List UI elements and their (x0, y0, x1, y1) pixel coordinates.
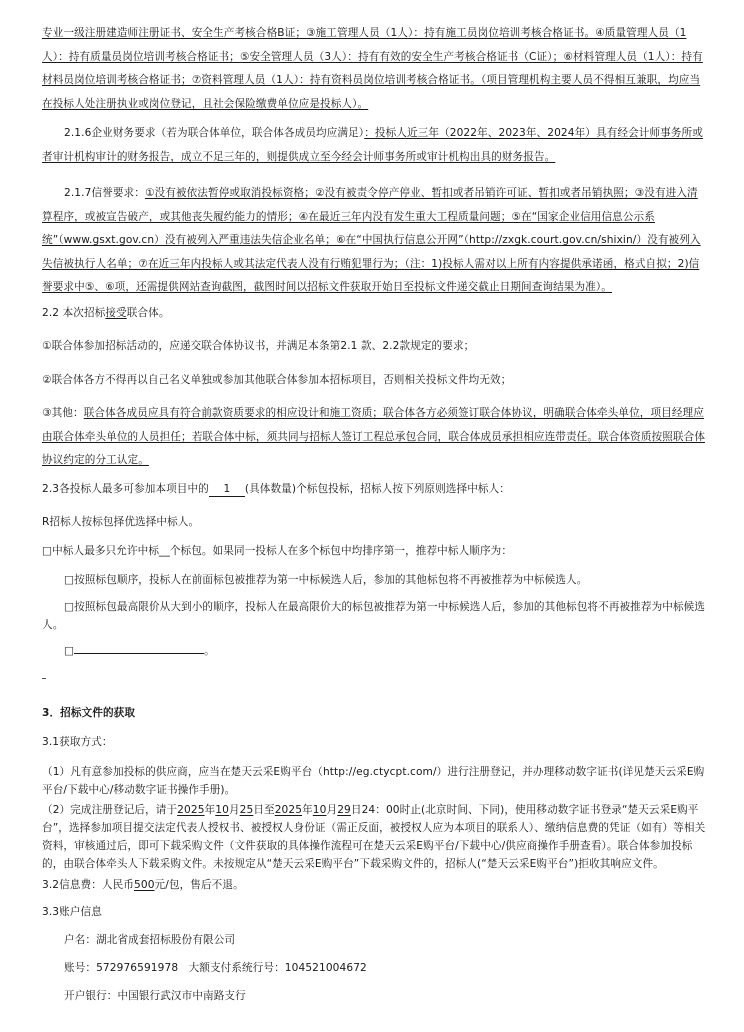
year-char: 年 (205, 804, 216, 816)
section-2-2-suffix: 联合体。 (127, 307, 170, 319)
section-2-2-accept: 接受 (105, 307, 126, 319)
section-2-1-6-financial: 2.1.6企业财务要求（若为联合体单位，联合体各成员均应满足）：投标人近三年（2… (42, 122, 708, 169)
account-number: 账号：572976591978 大额支付系统行号：104521004672 (42, 957, 708, 981)
option-max-lots-blank: __ (159, 545, 170, 557)
section-3-1-step-2: （2）完成注册登记后，请于2025年10月25日至2025年10月29日24：0… (42, 801, 708, 873)
section-2-1-7-label: 2.1.7信誉要求： (64, 187, 145, 199)
section-3-title: 3．招标文件的获取 (42, 702, 708, 726)
option-other-blank (74, 641, 204, 654)
section-2-1-6-label: 2.1.6企业财务要求（若为联合体单位，联合体各成员均应满足） (64, 127, 364, 139)
option-other: □。 (42, 640, 708, 664)
fee-amount: 500 (134, 879, 155, 891)
option-order-by-price: □按照标包最高限价从大到小的顺序，投标人在最高限价大的标包被推荐为第一中标候选人… (42, 598, 708, 634)
jv-rule-2: ②联合体各方不得再以自己名义单独或参加其他联合体参加本招标项目，否则相关投标文件… (42, 369, 708, 393)
start-year: 2025 (177, 804, 204, 816)
section-2-2-joint-venture: 2.2 本次招标接受联合体。 (42, 302, 708, 326)
account-bank: 开户银行：中国银行武汉市中南路支行 (42, 985, 708, 1009)
section-2-3-lots: 2.3各投标人最多可参加本项目中的1(具体数量)个标包投标，招标人按下列原则选择… (42, 478, 708, 502)
jv-rule-3-text: 联合体各成员应具有符合前款资质要求的相应设计和施工资质；联合体各方必须签订联合体… (42, 407, 705, 466)
section-3-1-step-1: （1）凡有意参加投标的供应商，应当在楚天云采E购平台（http://eg.cty… (42, 763, 708, 799)
document-page: 专业一级注册建造师注册证书、安全生产考核合格B证；③施工管理人员（1人）：持有施… (0, 0, 744, 1032)
fee-prefix: 3.2信息费：人民币 (42, 879, 134, 891)
start-month: 10 (215, 804, 229, 816)
max-lots-value: 1 (209, 482, 245, 497)
option-max-lots-prefix: □中标人最多只允许中标 (42, 545, 159, 557)
section-2-1-7-text: ①没有被依法暂停或取消投标资格；②没有被责令停产停业、暂扣或者吊销许可证、暂扣或… (42, 187, 701, 293)
jv-rule-3-label: ③其他： (42, 407, 84, 419)
year-char: 年 (302, 804, 313, 816)
account-name: 户名：湖北省成套招标股份有限公司 (42, 929, 708, 953)
section-3-3-title: 3.3账户信息 (42, 901, 708, 925)
stray-mark (42, 678, 46, 679)
fee-suffix: 元/包，售后不退。 (155, 879, 244, 891)
start-day: 25 (240, 804, 254, 816)
jv-rule-3: ③其他：联合体各成员应具有符合前款资质要求的相应设计和施工资质；联合体各方必须签… (42, 402, 708, 473)
end-year: 2025 (275, 804, 302, 816)
end-day: 29 (337, 804, 351, 816)
section-2-2-prefix: 2.2 本次招标 (42, 307, 105, 319)
month-char: 月 (326, 804, 337, 816)
section-2-1-7-credit: 2.1.7信誉要求：①没有被依法暂停或取消投标资格；②没有被责令停产停业、暂扣或… (42, 182, 708, 300)
step-2-prefix: （2）完成注册登记后，请于 (42, 804, 177, 816)
section-2-3-suffix: (具体数量)个标包投标，招标人按下列原则选择中标人： (245, 483, 510, 495)
section-3-1-title: 3.1获取方式： (42, 731, 708, 755)
option-max-lots: □中标人最多只允许中标__个标包。如果同一投标人在多个标包中均排序第一，推荐中标… (42, 540, 708, 564)
checkbox-icon: □ (64, 645, 74, 657)
end-month: 10 (313, 804, 327, 816)
staff-requirements-paragraph: 专业一级注册建造师注册证书、安全生产考核合格B证；③施工管理人员（1人）：持有施… (42, 22, 708, 116)
section-3-2-fee: 3.2信息费：人民币500元/包，售后不退。 (42, 874, 708, 898)
option-max-lots-suffix: 个标包。如果同一投标人在多个标包中均排序第一，推荐中标人顺序为： (170, 545, 512, 557)
date-to: 日至 (253, 804, 274, 816)
option-order-by-sequence: □按照标包顺序，投标人在前面标包被推荐为第一中标候选人后，参加的其他标包将不再被… (42, 569, 708, 593)
section-2-3-prefix: 2.3各投标人最多可参加本项目中的 (42, 483, 209, 495)
option-r-best-selection: R招标人按标包择优选择中标人。 (42, 511, 708, 535)
option-other-end: 。 (204, 645, 215, 657)
month-char: 月 (229, 804, 240, 816)
jv-rule-1: ①联合体参加招标活动的，应递交联合体协议书，并满足本条第2.1 款、2.2款规定… (42, 335, 708, 359)
